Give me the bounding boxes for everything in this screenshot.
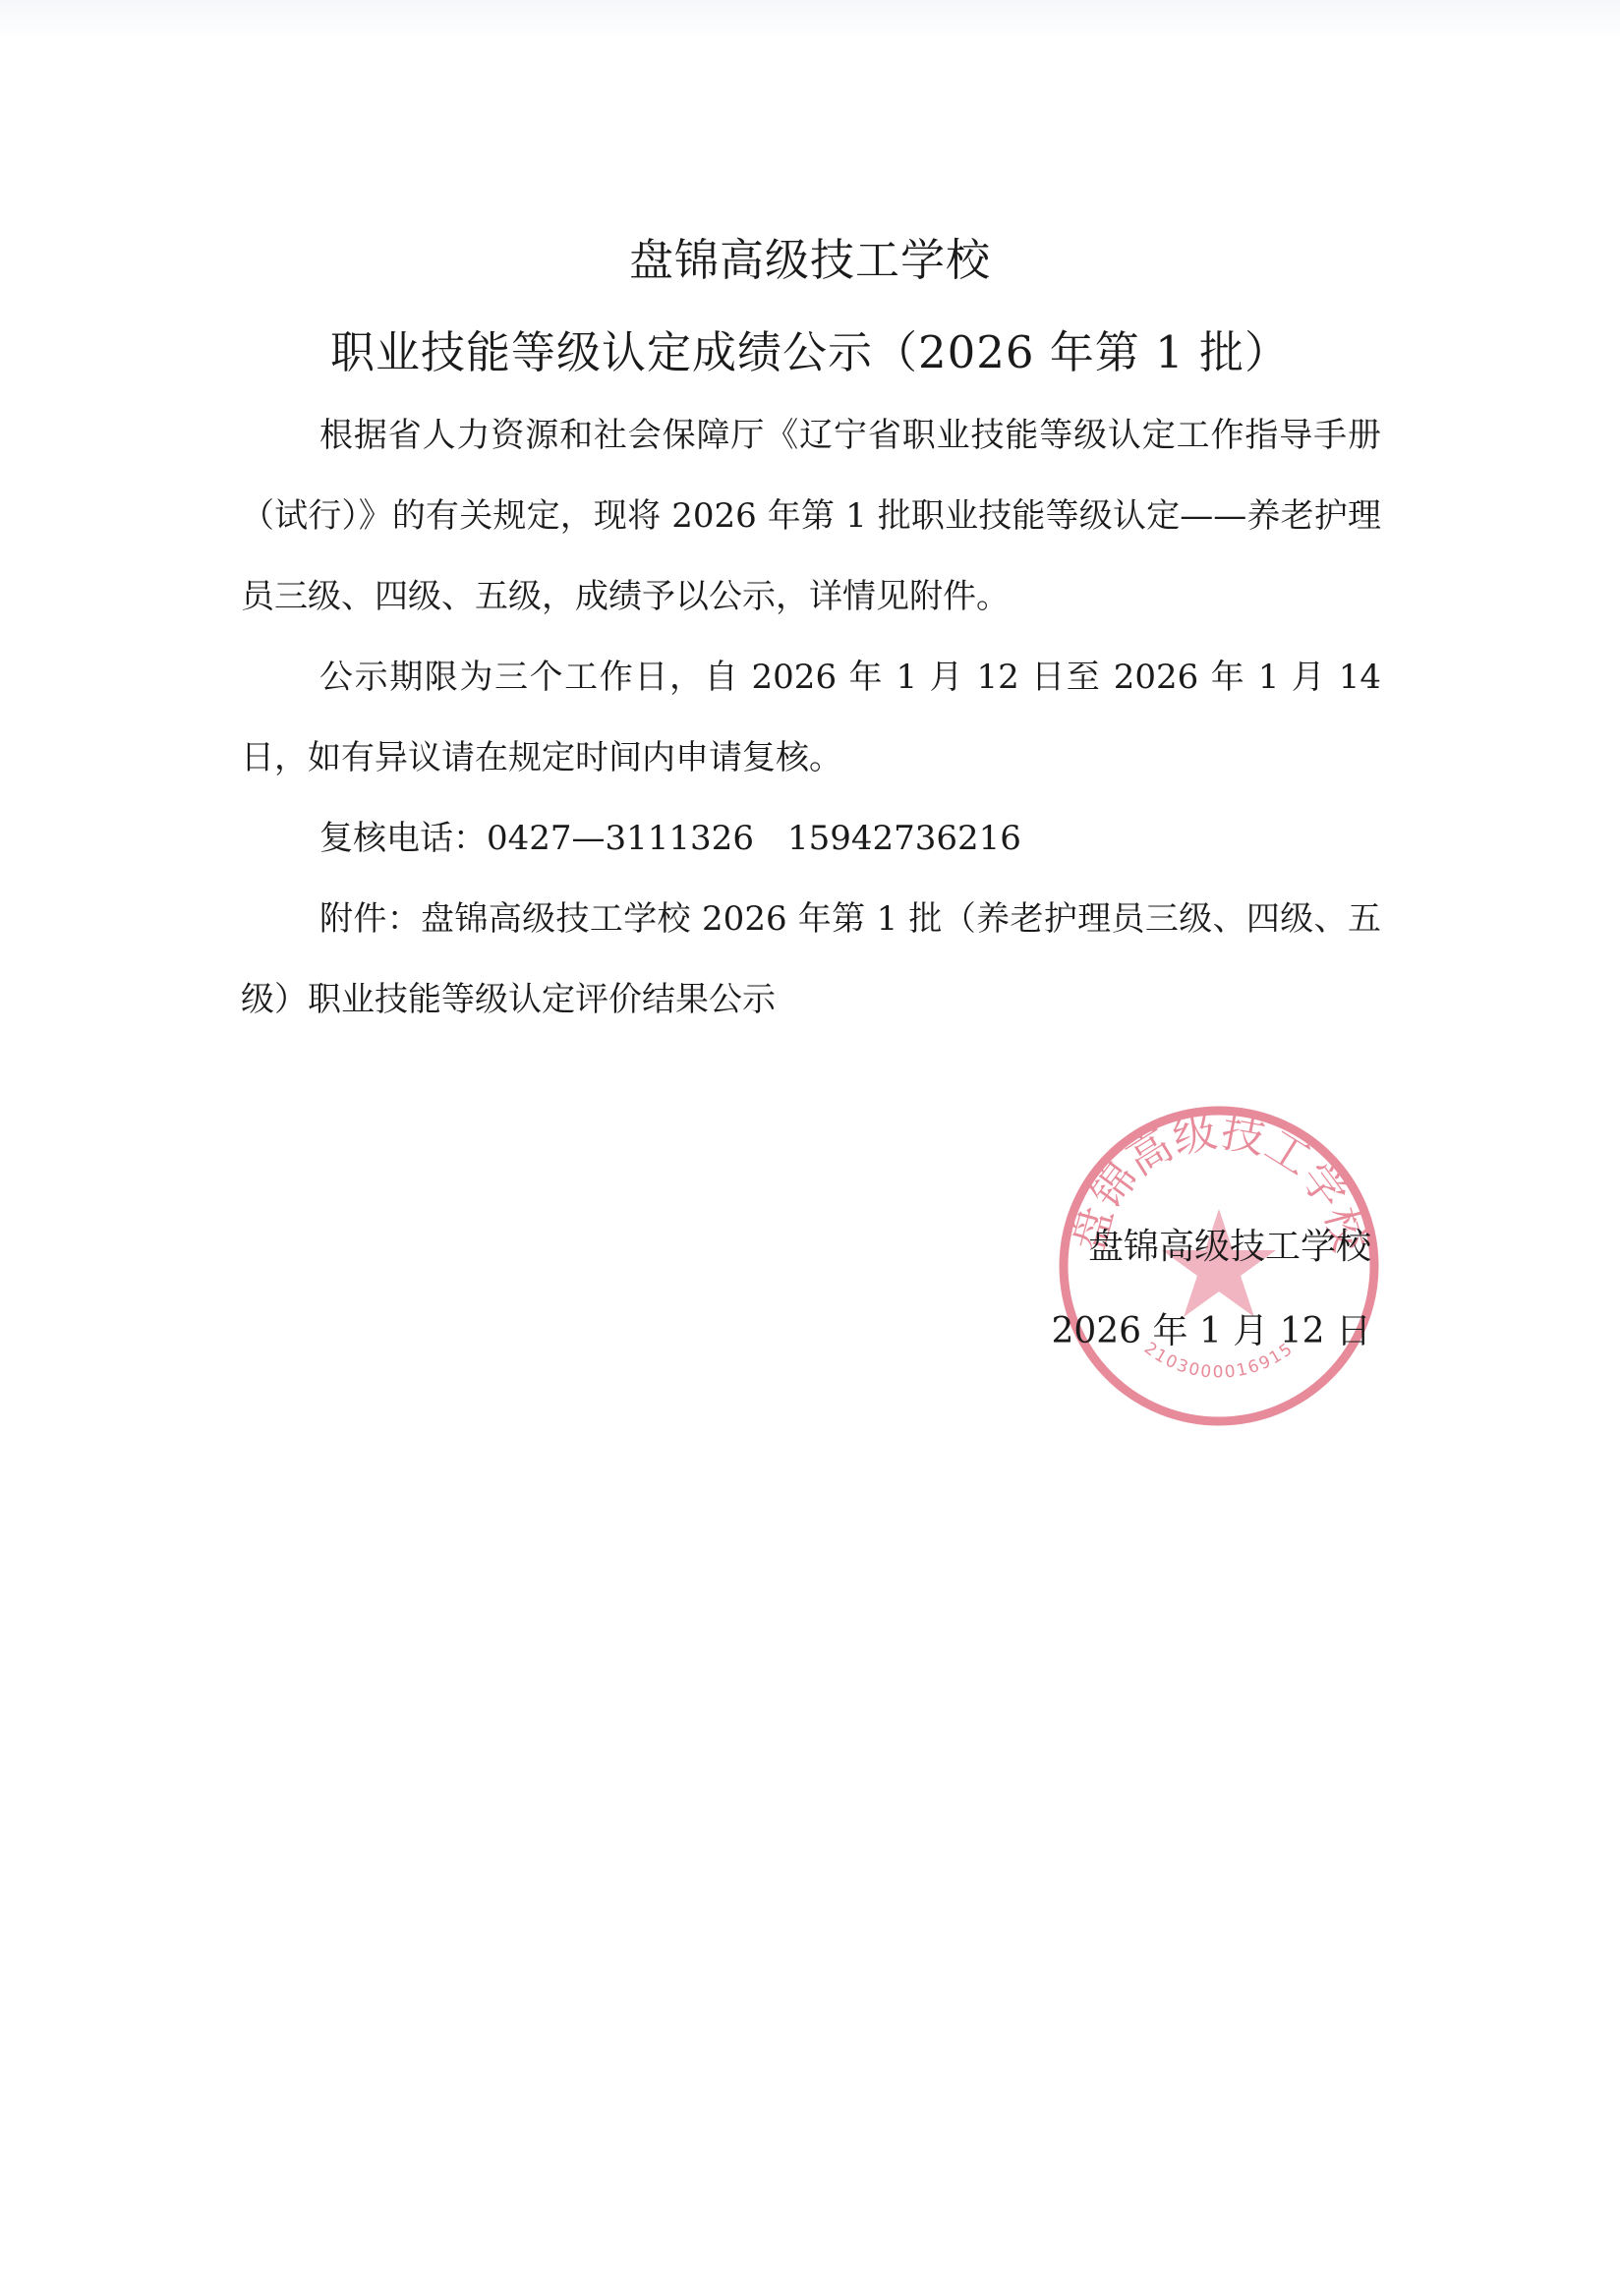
scan-artifact [0, 0, 1620, 39]
signature-date: 2026 年 1 月 12 日 [1051, 1303, 1371, 1353]
paragraph-attachment: 附件：盘锦高级技工学校 2026 年第 1 批（养老护理员三级、四级、五级）职业… [241, 879, 1381, 1040]
signature-organization: 盘锦高级技工学校 [1088, 1219, 1371, 1269]
document-body: 根据省人力资源和社会保障厅《辽宁省职业技能等级认定工作指导手册（试行）》的有关规… [241, 395, 1381, 1040]
paragraph-regulation: 根据省人力资源和社会保障厅《辽宁省职业技能等级认定工作指导手册（试行）》的有关规… [241, 395, 1381, 637]
paragraph-period: 公示期限为三个工作日，自 2026 年 1 月 12 日至 2026 年 1 月… [241, 637, 1381, 798]
document-subtitle: 职业技能等级认定成绩公示（2026 年第 1 批） [0, 316, 1620, 380]
paragraph-phone: 复核电话：0427—3111326 15942736216 [241, 798, 1381, 879]
document-title: 盘锦高级技工学校 [0, 224, 1620, 288]
